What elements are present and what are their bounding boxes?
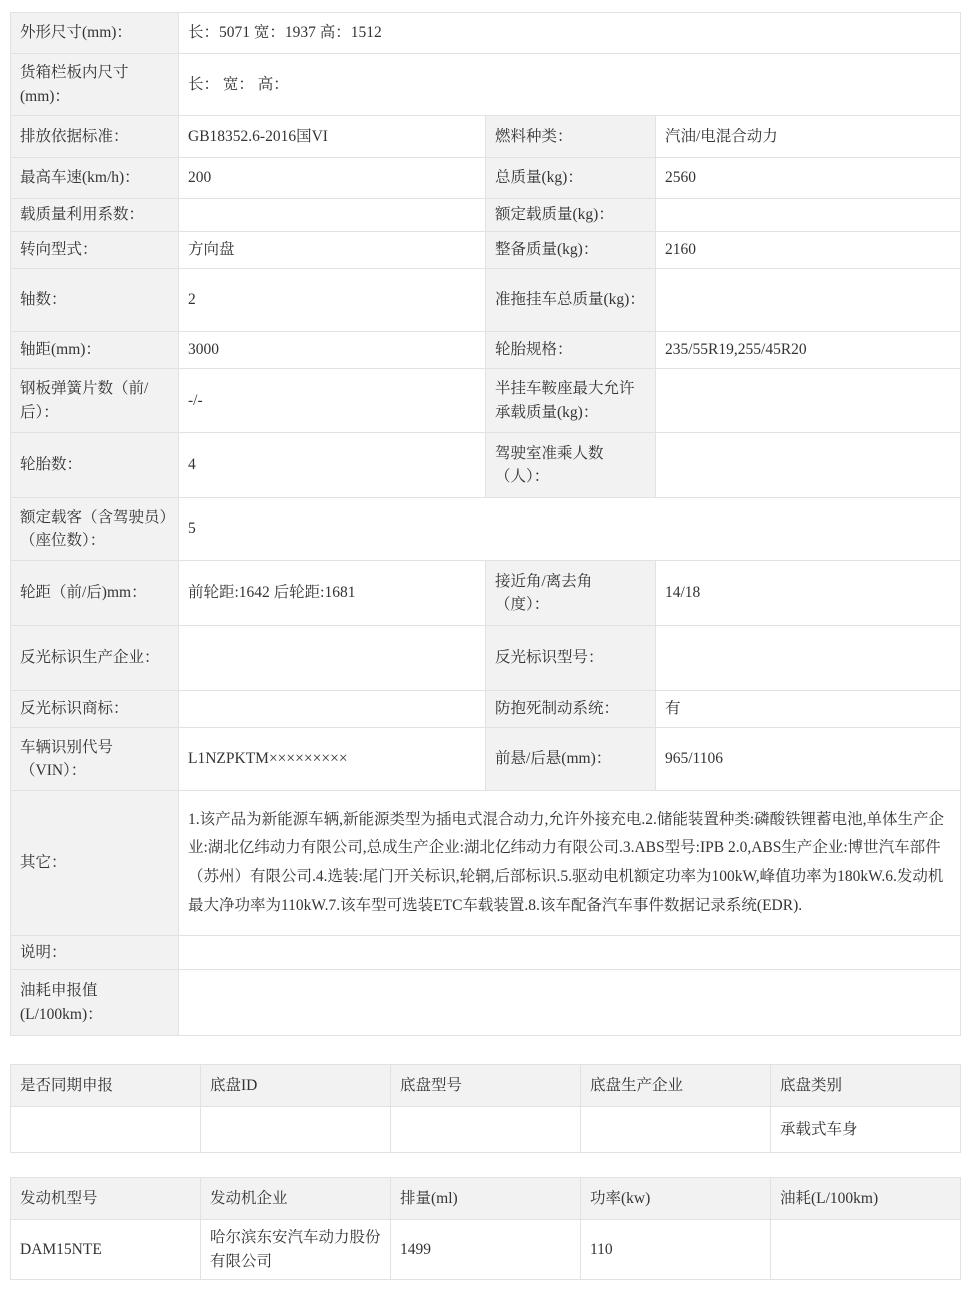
value-engine-fuel-consumption [771,1220,961,1280]
label-approach-departure-angle: 接近角/离去角（度）： [486,561,656,626]
table-row: DAM15NTE 哈尔滨东安汽车动力股份有限公司 1499 110 [11,1220,961,1280]
header-chassis-id: 底盘ID [201,1065,391,1107]
value-vin: L1NZPKTM××××××××× [179,728,486,791]
value-fuel-consumption-declared [179,970,961,1036]
value-concurrent-declaration [11,1107,201,1153]
table-row: 转向型式： 方向盘 整备质量(kg)： 2160 [11,232,961,269]
table-row: 轴距(mm)： 3000 轮胎规格： 235/55R19,255/45R20 [11,332,961,369]
value-reflective-marking-model [656,626,961,691]
label-reflective-marking-trademark: 反光标识商标： [11,691,179,728]
header-displacement: 排量(ml) [391,1178,581,1220]
label-remarks: 说明： [11,936,179,970]
table-row: 反光标识生产企业： 反光标识型号： [11,626,961,691]
header-engine-manufacturer: 发动机企业 [201,1178,391,1220]
table-row: 轴数： 2 准拖挂车总质量(kg)： [11,269,961,332]
value-approach-departure-angle: 14/18 [656,561,961,626]
table-row: 钢板弹簧片数（前/后）： -/- 半挂车鞍座最大允许承载质量(kg)： [11,369,961,433]
label-other-notes: 其它： [11,791,179,936]
label-reflective-marking-model: 反光标识型号： [486,626,656,691]
value-chassis-id [201,1107,391,1153]
value-cab-seating [656,433,961,498]
label-max-speed: 最高车速(km/h)： [11,158,179,199]
label-total-mass: 总质量(kg)： [486,158,656,199]
table-row: 轮距（前/后)mm： 前轮距:1642 后轮距:1681 接近角/离去角（度）：… [11,561,961,626]
label-load-utilization-coefficient: 载质量利用系数： [11,199,179,232]
table-row: 车辆识别代号（VIN）： L1NZPKTM××××××××× 前悬/后悬(mm)… [11,728,961,791]
value-steering-type: 方向盘 [179,232,486,269]
value-abs-system: 有 [656,691,961,728]
table-row: 载质量利用系数： 额定载质量(kg)： [11,199,961,232]
label-track-width: 轮距（前/后)mm： [11,561,179,626]
label-axle-count: 轴数： [11,269,179,332]
value-front-rear-overhang: 965/1106 [656,728,961,791]
table-header-row: 发动机型号 发动机企业 排量(ml) 功率(kw) 油耗(L/100km) [11,1178,961,1220]
vehicle-spec-page: 外形尺寸(mm)： 长：5071 宽：1937 高：1512 货箱栏板内尺寸(m… [0,0,970,1290]
table-row: 外形尺寸(mm)： 长：5071 宽：1937 高：1512 [11,13,961,54]
header-engine-model: 发动机型号 [11,1178,201,1220]
label-trailer-total-mass: 准拖挂车总质量(kg)： [486,269,656,332]
value-chassis-model [391,1107,581,1153]
header-chassis-model: 底盘型号 [391,1065,581,1107]
label-tire-count: 轮胎数： [11,433,179,498]
value-emission-standard: GB18352.6-2016国VI [179,116,486,158]
table-header-row: 是否同期申报 底盘ID 底盘型号 底盘生产企业 底盘类别 [11,1065,961,1107]
label-rated-passengers: 额定载客（含驾驶员）（座位数）： [11,498,179,561]
value-displacement: 1499 [391,1220,581,1280]
table-row: 排放依据标准： GB18352.6-2016国VI 燃料种类： 汽油/电混合动力 [11,116,961,158]
value-tire-spec: 235/55R19,255/45R20 [656,332,961,369]
label-fifth-wheel-load: 半挂车鞍座最大允许承载质量(kg)： [486,369,656,433]
table-row: 轮胎数： 4 驾驶室准乘人数（人）： [11,433,961,498]
label-emission-standard: 排放依据标准： [11,116,179,158]
label-leaf-spring-count: 钢板弹簧片数（前/后）： [11,369,179,433]
engine-table: 发动机型号 发动机企业 排量(ml) 功率(kw) 油耗(L/100km) DA… [10,1177,961,1280]
label-fuel-type: 燃料种类： [486,116,656,158]
value-cargo-box-inner-size: 长： 宽： 高： [179,54,961,116]
value-other-notes: 1.该产品为新能源车辆,新能源类型为插电式混合动力,允许外接充电.2.储能装置种… [179,791,961,936]
value-reflective-marking-trademark [179,691,486,728]
label-fuel-consumption-declared: 油耗申报值(L/100km)： [11,970,179,1036]
table-row: 额定载客（含驾驶员）（座位数）： 5 [11,498,961,561]
value-rated-load-mass [656,199,961,232]
value-reflective-marking-manufacturer [179,626,486,691]
value-remarks [179,936,961,970]
value-chassis-manufacturer [581,1107,771,1153]
value-engine-model: DAM15NTE [11,1220,201,1280]
label-vin: 车辆识别代号（VIN）： [11,728,179,791]
label-cab-seating: 驾驶室准乘人数（人）： [486,433,656,498]
table-row: 油耗申报值(L/100km)： [11,970,961,1036]
value-tire-count: 4 [179,433,486,498]
table-row: 承载式车身 [11,1107,961,1153]
label-tire-spec: 轮胎规格： [486,332,656,369]
header-concurrent-declaration: 是否同期申报 [11,1065,201,1107]
value-chassis-category: 承载式车身 [771,1107,961,1153]
value-trailer-total-mass [656,269,961,332]
value-engine-manufacturer: 哈尔滨东安汽车动力股份有限公司 [201,1220,391,1280]
value-rated-passengers: 5 [179,498,961,561]
label-curb-mass: 整备质量(kg)： [486,232,656,269]
value-power: 110 [581,1220,771,1280]
value-fifth-wheel-load [656,369,961,433]
value-fuel-type: 汽油/电混合动力 [656,116,961,158]
table-row: 最高车速(km/h)： 200 总质量(kg)： 2560 [11,158,961,199]
label-steering-type: 转向型式： [11,232,179,269]
label-reflective-marking-manufacturer: 反光标识生产企业： [11,626,179,691]
label-rated-load-mass: 额定载质量(kg)： [486,199,656,232]
chassis-table: 是否同期申报 底盘ID 底盘型号 底盘生产企业 底盘类别 承载式车身 [10,1064,961,1153]
value-max-speed: 200 [179,158,486,199]
label-front-rear-overhang: 前悬/后悬(mm)： [486,728,656,791]
value-track-width: 前轮距:1642 后轮距:1681 [179,561,486,626]
header-chassis-manufacturer: 底盘生产企业 [581,1065,771,1107]
value-axle-count: 2 [179,269,486,332]
value-leaf-spring-count: -/- [179,369,486,433]
label-dimensions: 外形尺寸(mm)： [11,13,179,54]
label-cargo-box-inner-size: 货箱栏板内尺寸(mm)： [11,54,179,116]
header-power: 功率(kw) [581,1178,771,1220]
label-wheelbase: 轴距(mm)： [11,332,179,369]
spec-table: 外形尺寸(mm)： 长：5071 宽：1937 高：1512 货箱栏板内尺寸(m… [10,12,961,1036]
header-engine-fuel-consumption: 油耗(L/100km) [771,1178,961,1220]
table-row: 货箱栏板内尺寸(mm)： 长： 宽： 高： [11,54,961,116]
header-chassis-category: 底盘类别 [771,1065,961,1107]
table-row: 其它： 1.该产品为新能源车辆,新能源类型为插电式混合动力,允许外接充电.2.储… [11,791,961,936]
value-load-utilization-coefficient [179,199,486,232]
table-row: 反光标识商标： 防抱死制动系统： 有 [11,691,961,728]
value-curb-mass: 2160 [656,232,961,269]
value-wheelbase: 3000 [179,332,486,369]
value-total-mass: 2560 [656,158,961,199]
table-row: 说明： [11,936,961,970]
value-dimensions: 长：5071 宽：1937 高：1512 [179,13,961,54]
label-abs-system: 防抱死制动系统： [486,691,656,728]
